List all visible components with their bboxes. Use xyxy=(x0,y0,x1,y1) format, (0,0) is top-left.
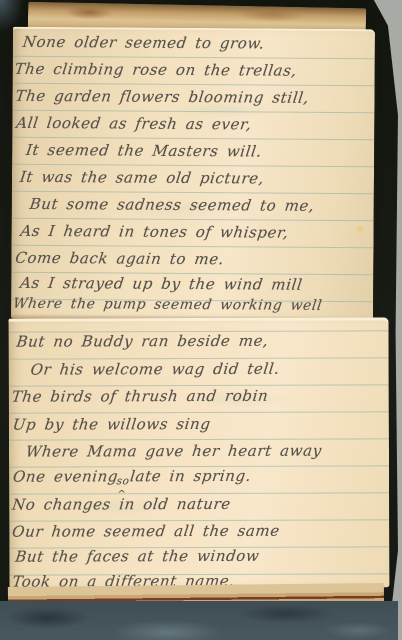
handwritten-line: No changes in old nature xyxy=(11,493,232,516)
handwritten-line-with-insertion: One evening^solate in spring. xyxy=(12,465,253,488)
handwritten-line: Up by the willows sing xyxy=(12,413,212,436)
handwritten-line: It seemed the Masters will. xyxy=(25,139,264,163)
handwritten-line: The climbing rose on the trellas, xyxy=(13,58,298,82)
handwritten-line: Our home seemed all the same xyxy=(11,520,281,543)
handwritten-line: All looked as fresh as ever, xyxy=(15,112,253,136)
notebook-photo: None older seemed to grow. The climbing … xyxy=(0,0,402,640)
handwritten-line: As I heard in tones of whisper, xyxy=(19,220,290,244)
handwritten-line: Where Mama gave her heart away xyxy=(25,440,323,463)
handwritten-line: But some sadness seemed to me, xyxy=(28,193,315,217)
line-text-after: late in spring. xyxy=(129,467,252,485)
lower-page: But no Buddy ran beside me, Or his welco… xyxy=(9,317,390,588)
handwritten-line: Where the pump seemed working well xyxy=(12,293,324,317)
marbled-cover xyxy=(0,601,398,640)
line-text-before: One evening xyxy=(12,467,119,485)
handwritten-line: The garden flowers blooming still, xyxy=(14,85,310,109)
handwritten-line: Come back again to me. xyxy=(14,247,226,270)
handwritten-line: None older seemed to grow. xyxy=(21,31,266,55)
handwritten-line: But no Buddy ran beside me, xyxy=(15,330,270,353)
handwritten-line: But the faces at the window xyxy=(14,545,261,568)
handwritten-line: It was the same old picture, xyxy=(19,166,266,190)
inserted-word: so xyxy=(115,470,131,492)
upper-page: None older seemed to grow. The climbing … xyxy=(11,27,375,322)
handwritten-line: The birds of thrush and robin xyxy=(10,385,269,408)
handwritten-line: Or his welcome wag did tell. xyxy=(29,358,281,381)
